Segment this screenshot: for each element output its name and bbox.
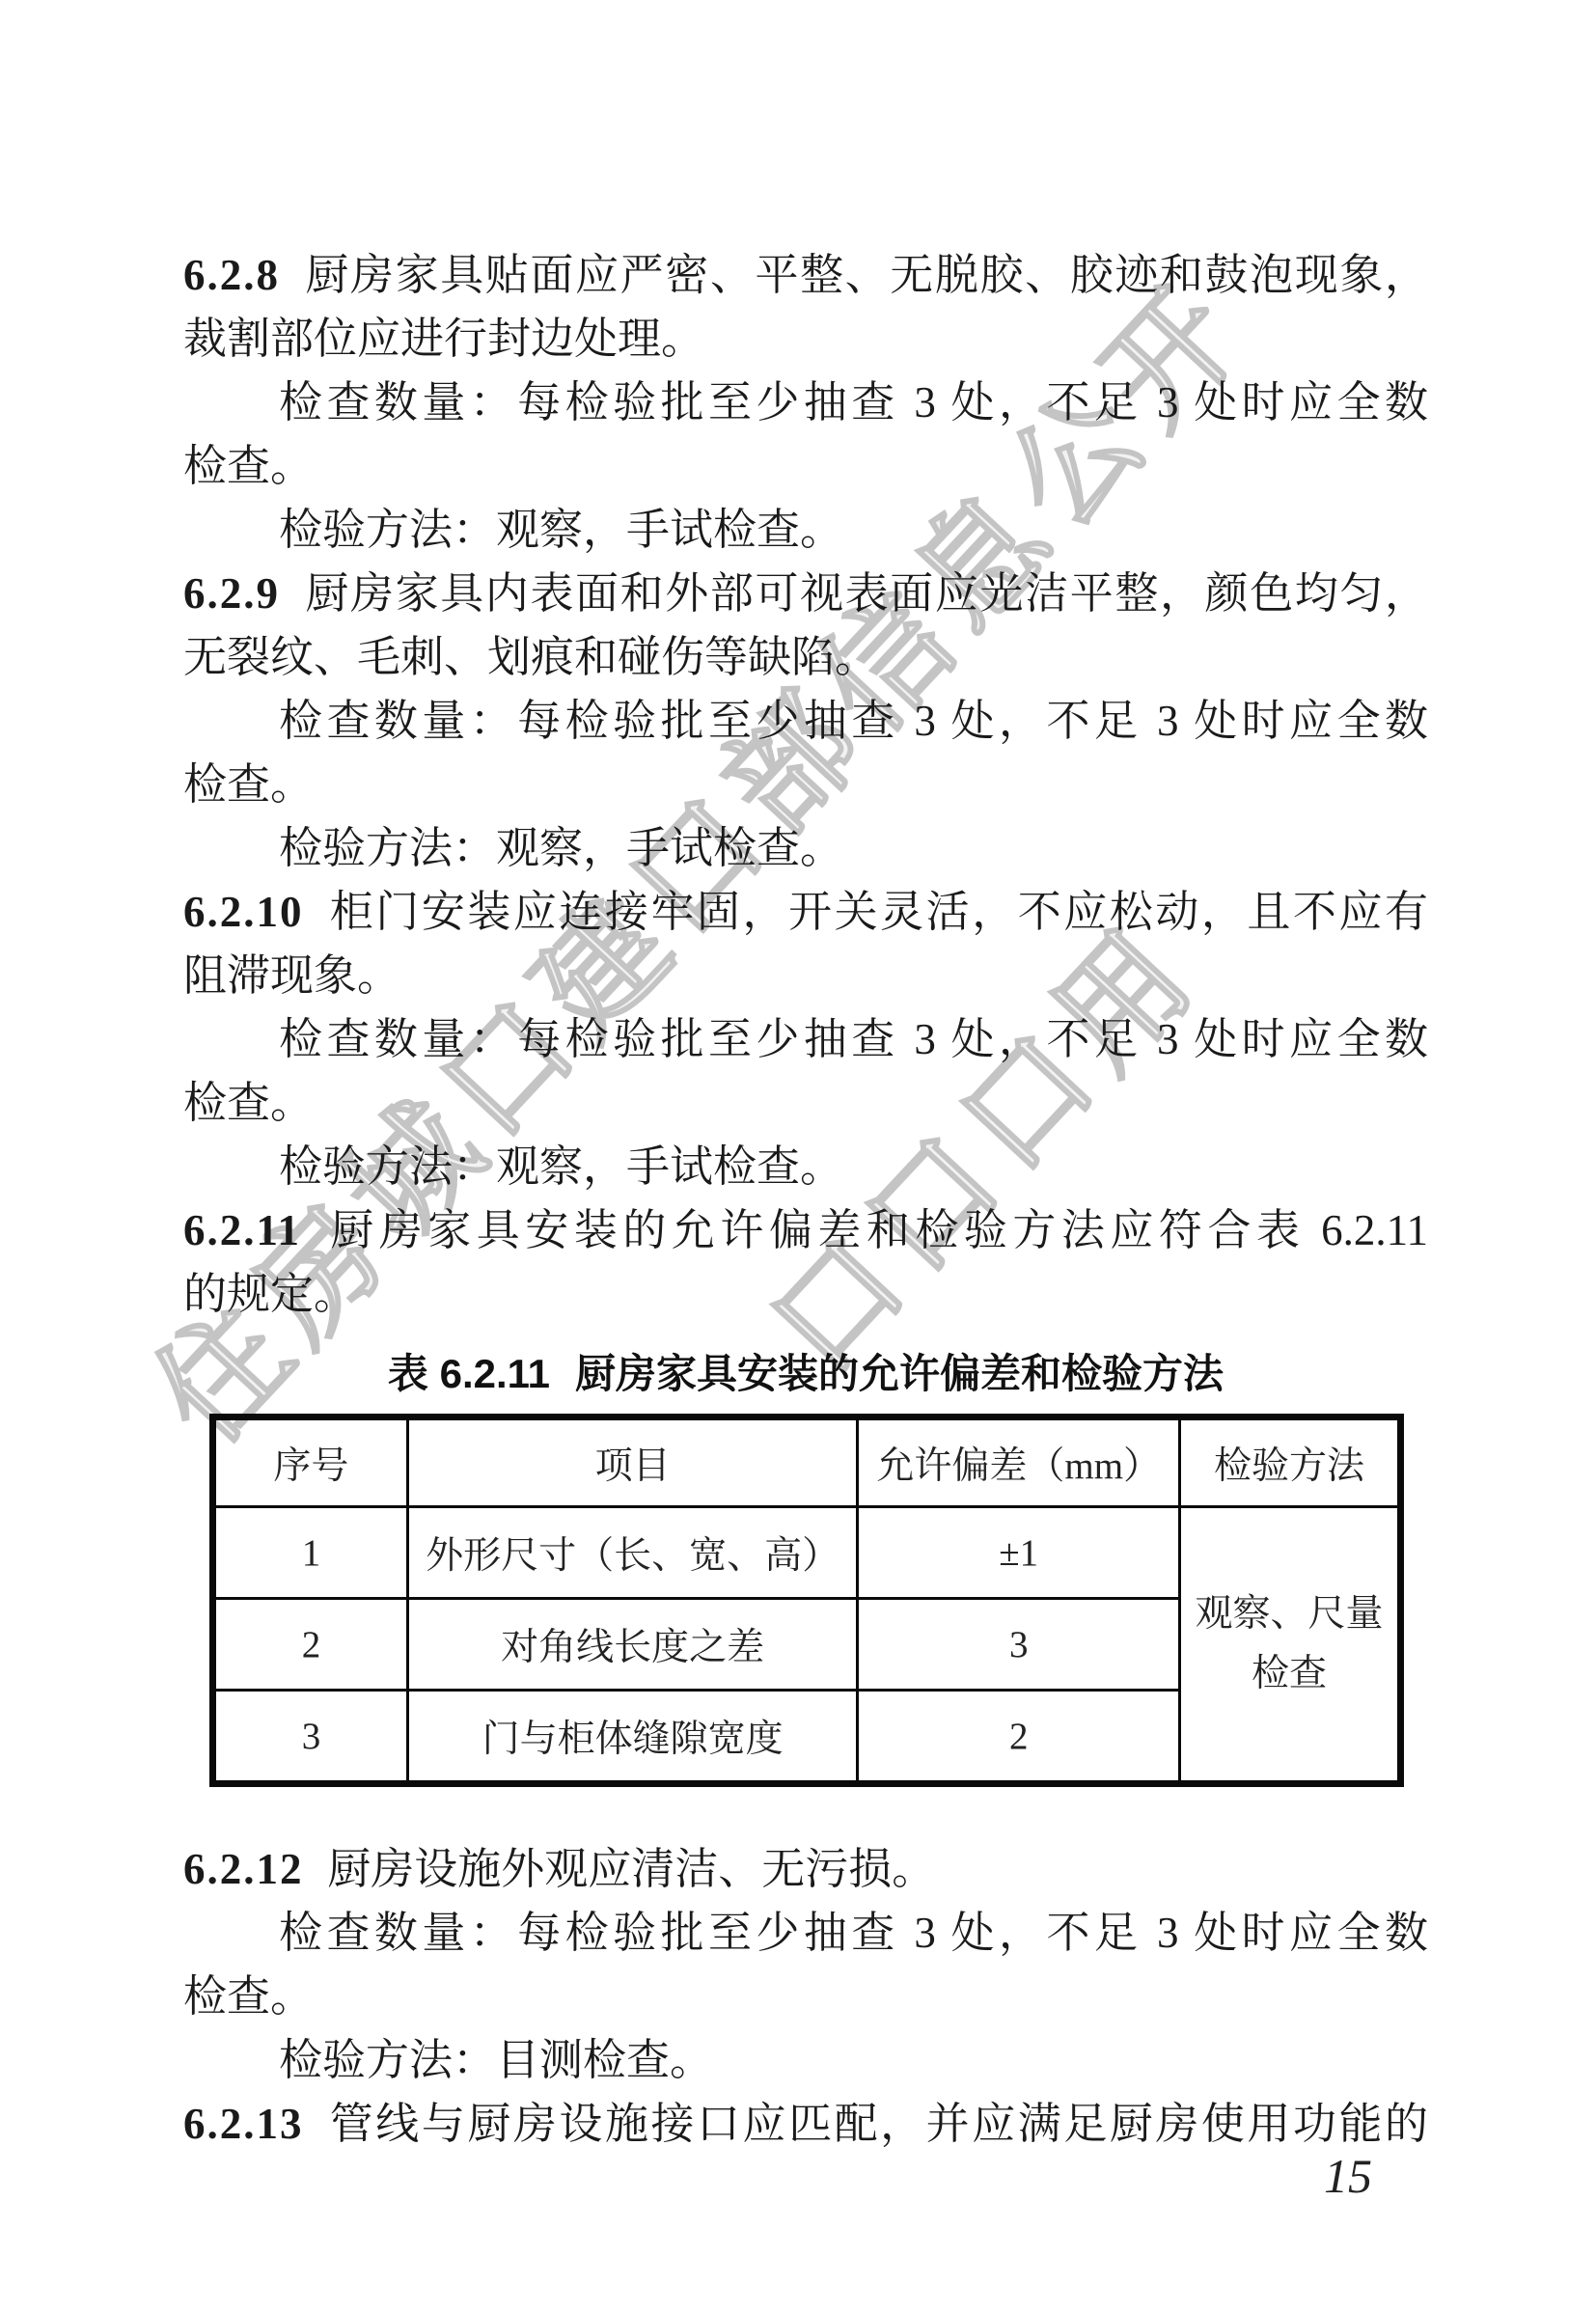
- cell-no: 2: [213, 1599, 408, 1691]
- text-line: 无裂纹、毛刺、划痕和碰伤等缺陷。: [183, 625, 1428, 689]
- text-line: 阻滞现象。: [183, 944, 1428, 1007]
- table-caption: 表 6.2.11厨房家具安装的允许偏差和检验方法: [183, 1342, 1428, 1406]
- cell-item: 对角线长度之差: [407, 1599, 858, 1691]
- method-text-line-2: 检查: [1181, 1644, 1397, 1704]
- clause-number: 6.2.8: [183, 251, 280, 299]
- tolerance-table: 序号 项目 允许偏差（mm） 检验方法 1 外形尺寸（长、宽、高） ±1 观察、…: [209, 1414, 1404, 1787]
- cell-deviation: 3: [858, 1599, 1180, 1691]
- clause-number: 6.2.9: [183, 569, 280, 618]
- header-item: 项目: [407, 1417, 858, 1507]
- cell-method-merged: 观察、尺量 检查: [1180, 1507, 1401, 1784]
- clause-6-2-9-line: 6.2.9厨房家具内表面和外部可视表面应光洁平整，颜色均匀，: [183, 562, 1428, 625]
- check-quantity-line: 检查数量：每检验批至少抽查 3 处，不足 3 处时应全数: [183, 1007, 1428, 1071]
- clause-text: 柜门安装应连接牢固，开关灵活，不应松动，且不应有: [327, 888, 1428, 936]
- clause-6-2-8-line: 6.2.8厨房家具贴面应严密、平整、无脱胶、胶迹和鼓泡现象，: [183, 243, 1428, 307]
- check-method-line: 检验方法：目测检查。: [183, 2028, 1428, 2092]
- check-method-line: 检验方法：观察，手试检查。: [183, 816, 1428, 880]
- table-caption-number: 表 6.2.11: [388, 1351, 550, 1396]
- table-header-row: 序号 项目 允许偏差（mm） 检验方法: [213, 1417, 1401, 1507]
- clause-text: 厨房家具内表面和外部可视表面应光洁平整，颜色均匀，: [304, 569, 1428, 618]
- clause-6-2-12-line: 6.2.12厨房设施外观应清洁、无污损。: [183, 1837, 1428, 1901]
- clause-6-2-13-line: 6.2.13管线与厨房设施接口应匹配，并应满足厨房使用功能的: [183, 2092, 1428, 2156]
- clause-6-2-10-line: 6.2.10柜门安装应连接牢固，开关灵活，不应松动，且不应有: [183, 880, 1428, 944]
- page-number: 15: [1324, 2144, 1372, 2208]
- header-no: 序号: [213, 1417, 408, 1507]
- clause-6-2-11-line: 6.2.11厨房家具安装的允许偏差和检验方法应符合表 6.2.11: [183, 1198, 1428, 1262]
- text-line: 的规定。: [183, 1262, 1428, 1326]
- after-table-block: 6.2.12厨房设施外观应清洁、无污损。 检查数量：每检验批至少抽查 3 处，不…: [183, 1837, 1428, 2156]
- check-method-line: 检验方法：观察，手试检查。: [183, 498, 1428, 562]
- check-method-line: 检验方法：观察，手试检查。: [183, 1135, 1428, 1198]
- cell-no: 3: [213, 1691, 408, 1784]
- document-page: 住房城口建口部信息公开 口口口用 6.2.8厨房家具贴面应严密、平整、无脱胶、胶…: [0, 0, 1596, 2311]
- cell-deviation: 2: [858, 1691, 1180, 1784]
- clause-number: 6.2.10: [183, 888, 304, 936]
- cell-item: 门与柜体缝隙宽度: [407, 1691, 858, 1784]
- table-row: 1 外形尺寸（长、宽、高） ±1 观察、尺量 检查: [213, 1507, 1401, 1599]
- cell-no: 1: [213, 1507, 408, 1599]
- text-line: 检查。: [183, 1965, 1428, 2028]
- page-content: 6.2.8厨房家具贴面应严密、平整、无脱胶、胶迹和鼓泡现象， 裁割部位应进行封边…: [183, 243, 1428, 2156]
- check-quantity-line: 检查数量：每检验批至少抽查 3 处，不足 3 处时应全数: [183, 371, 1428, 434]
- cell-deviation: ±1: [858, 1507, 1180, 1599]
- clause-number: 6.2.13: [183, 2100, 304, 2148]
- table-caption-title: 厨房家具安装的允许偏差和检验方法: [575, 1351, 1224, 1396]
- method-text-line-1: 观察、尺量: [1181, 1584, 1397, 1644]
- text-line: 检查。: [183, 753, 1428, 816]
- cell-item: 外形尺寸（长、宽、高）: [407, 1507, 858, 1599]
- clause-text: 厨房设施外观应清洁、无污损。: [327, 1845, 935, 1893]
- check-quantity-line: 检查数量：每检验批至少抽查 3 处，不足 3 处时应全数: [183, 1901, 1428, 1965]
- clause-text: 厨房家具贴面应严密、平整、无脱胶、胶迹和鼓泡现象，: [304, 251, 1428, 299]
- clause-number: 6.2.12: [183, 1845, 304, 1893]
- text-line: 裁割部位应进行封边处理。: [183, 307, 1428, 371]
- clause-text: 厨房家具安装的允许偏差和检验方法应符合表 6.2.11: [325, 1206, 1428, 1254]
- header-deviation: 允许偏差（mm）: [858, 1417, 1180, 1507]
- clause-text: 管线与厨房设施接口应匹配，并应满足厨房使用功能的: [327, 2100, 1428, 2148]
- clause-number: 6.2.11: [183, 1206, 301, 1254]
- header-method: 检验方法: [1180, 1417, 1401, 1507]
- text-line: 检查。: [183, 434, 1428, 498]
- text-line: 检查。: [183, 1071, 1428, 1135]
- check-quantity-line: 检查数量：每检验批至少抽查 3 处，不足 3 处时应全数: [183, 689, 1428, 753]
